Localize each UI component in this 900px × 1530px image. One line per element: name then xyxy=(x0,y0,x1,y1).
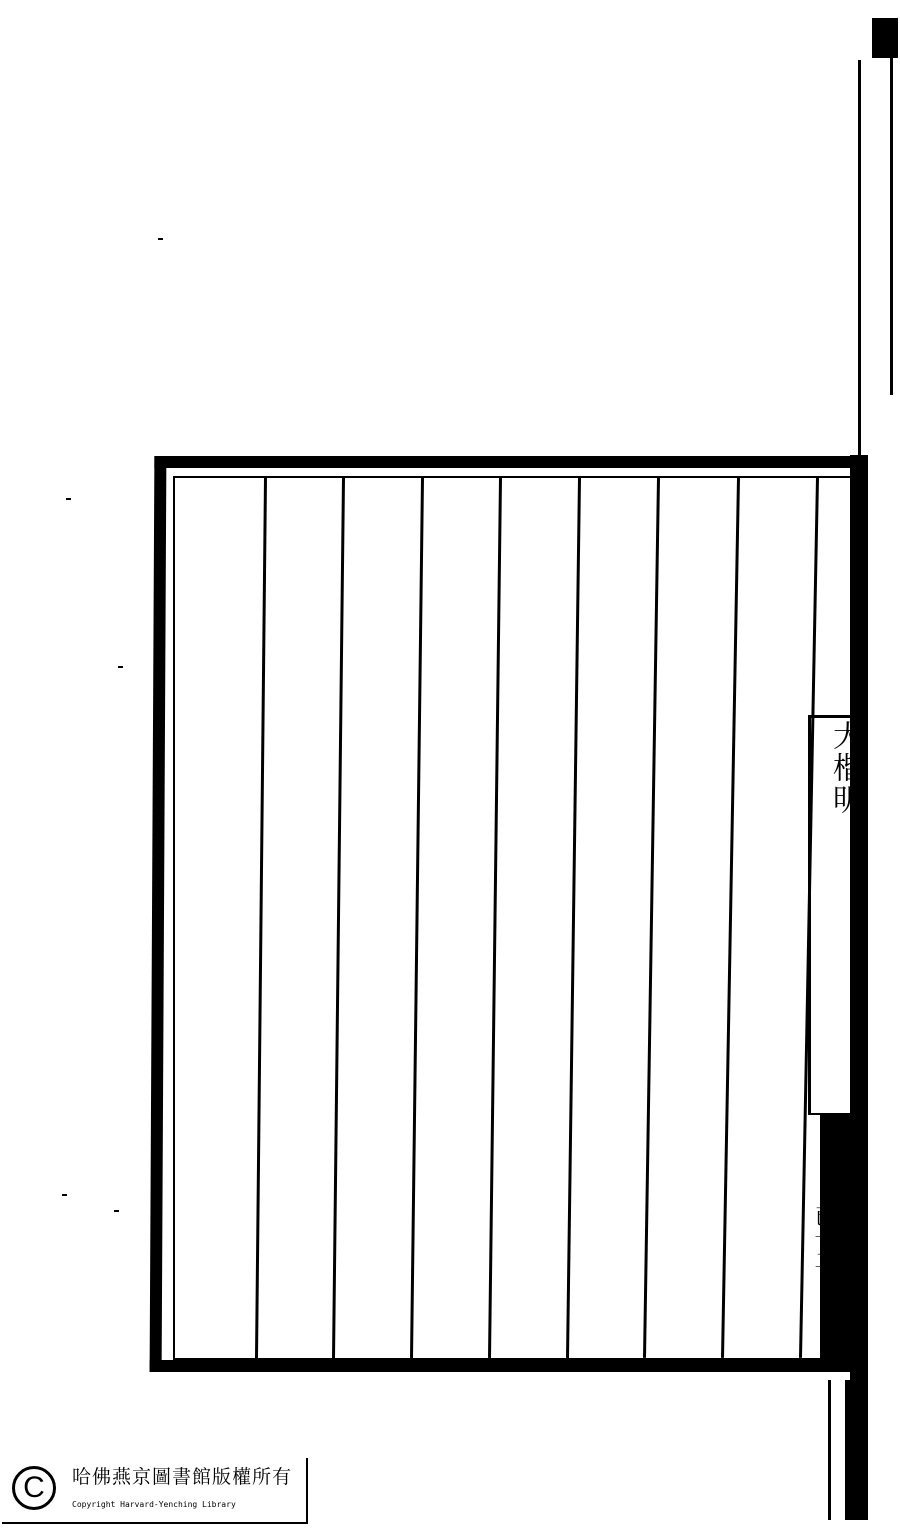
speck xyxy=(118,666,123,668)
speck xyxy=(62,1194,67,1196)
page-edge-line xyxy=(858,60,861,460)
page-frame-inner xyxy=(173,476,854,1360)
copyright-chinese: 哈佛燕京圖書館版權所有 xyxy=(72,1462,292,1489)
page-edge-top xyxy=(872,18,898,58)
speck xyxy=(66,498,71,500)
page-edge-line xyxy=(890,30,893,395)
book-spine-edge xyxy=(828,1380,831,1520)
copyright-english: Copyright Harvard-Yenching Library xyxy=(72,1500,236,1509)
folio-number: 已十二 xyxy=(808,1205,839,1271)
speck xyxy=(158,238,163,240)
side-title: 大楷明 xyxy=(822,720,866,816)
speck xyxy=(114,1210,119,1212)
book-spine-edge xyxy=(845,1380,865,1520)
copyright-icon: C xyxy=(12,1466,56,1510)
